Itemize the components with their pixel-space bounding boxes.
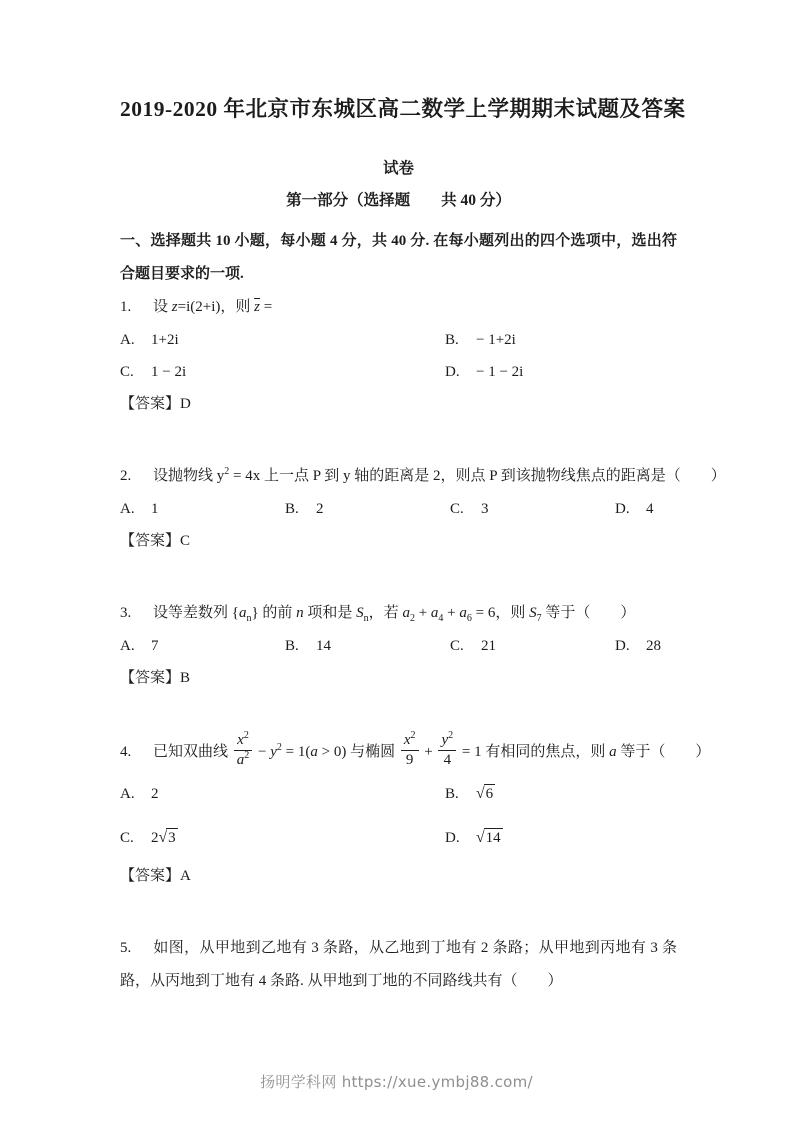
option-value: √14 (476, 830, 503, 846)
option-label: D. (445, 356, 476, 388)
answer-label: 【答案】 (120, 533, 180, 549)
option-label: A. (120, 772, 151, 816)
option-b: B.√6 (445, 772, 677, 816)
option-c: C.1 − 2i (120, 356, 445, 388)
question-4-stem: 4.已知双曲线 x2a2 − y2 = 1(a > 0) 与椭圆 x29 + y… (120, 734, 677, 772)
option-label: C. (450, 493, 481, 525)
option-b: B.2 (285, 493, 450, 525)
question-5-stem: 5.如图，从甲地到乙地有 3 条路，从乙地到丁地有 2 条路；从甲地到丙地有 3… (120, 932, 677, 998)
option-label: D. (615, 630, 646, 662)
option-label: B. (285, 630, 316, 662)
option-c: C.2√3 (120, 816, 445, 860)
option-label: A. (120, 493, 151, 525)
page-title: 2019-2020 年北京市东城区高二数学上学期期末试题及答案 (120, 92, 677, 126)
question-4: 4.已知双曲线 x2a2 − y2 = 1(a > 0) 与椭圆 x29 + y… (120, 734, 677, 892)
question-1: 1.设 z=i(2+i)，则 z = A.1+2i B.− 1+2i C.1 −… (120, 291, 677, 420)
question-2-options: A.1 B.2 C.3 D.4 (120, 493, 677, 525)
question-1-stem: 1.设 z=i(2+i)，则 z = (120, 291, 677, 324)
option-value: − 1+2i (476, 332, 516, 348)
option-label: C. (120, 816, 151, 860)
option-label: D. (615, 493, 646, 525)
question-text: 设 z=i(2+i)，则 z = (153, 299, 272, 315)
question-2: 2.设抛物线 y2 = 4x 上一点 P 到 y 轴的距离是 2，则点 P 到该… (120, 460, 677, 557)
answer-value: C (180, 533, 190, 549)
question-text: 设抛物线 y2 = 4x 上一点 P 到 y 轴的距离是 2，则点 P 到该抛物… (153, 468, 726, 484)
option-value: 28 (646, 638, 661, 654)
option-value: 7 (151, 638, 159, 654)
answer-value: A (180, 868, 191, 884)
option-value: 14 (316, 638, 331, 654)
question-number: 4. (120, 736, 153, 769)
question-number: 5. (120, 932, 153, 965)
question-5: 5.如图，从甲地到乙地有 3 条路，从乙地到丁地有 2 条路；从甲地到丙地有 3… (120, 932, 677, 998)
section-instructions: 一、选择题共 10 小题，每小题 4 分，共 40 分. 在每小题列出的四个选项… (120, 225, 677, 291)
paper-label: 试卷 (120, 158, 677, 180)
option-value: − 1 − 2i (476, 364, 523, 380)
option-value: 2√3 (151, 830, 178, 846)
option-label: B. (445, 324, 476, 356)
question-number: 2. (120, 460, 153, 493)
option-value: 1 − 2i (151, 364, 186, 380)
option-c: C.3 (450, 493, 615, 525)
question-text: 设等差数列 {an} 的前 n 项和是 Sn，若 a2 + a4 + a6 = … (153, 605, 635, 621)
option-value: 2 (316, 501, 324, 517)
footer-watermark: 扬明学科网 https://xue.ymbj88.com/ (0, 1071, 793, 1092)
option-b: B.14 (285, 630, 450, 662)
option-value: 1+2i (151, 332, 179, 348)
option-label: C. (450, 630, 481, 662)
option-label: B. (445, 772, 476, 816)
option-d: D.√14 (445, 816, 677, 860)
option-a: A.2 (120, 772, 445, 816)
answer-label: 【答案】 (120, 868, 180, 884)
option-a: A.1 (120, 493, 285, 525)
question-number: 1. (120, 291, 153, 324)
question-text: 如图，从甲地到乙地有 3 条路，从乙地到丁地有 2 条路；从甲地到丙地有 3 条… (120, 940, 677, 989)
question-3-stem: 3.设等差数列 {an} 的前 n 项和是 Sn，若 a2 + a4 + a6 … (120, 597, 677, 630)
option-value: 1 (151, 501, 159, 517)
option-value: 2 (151, 786, 159, 802)
question-4-options: A.2 B.√6 C.2√3 D.√14 (120, 772, 677, 860)
answer-label: 【答案】 (120, 670, 180, 686)
answer-label: 【答案】 (120, 396, 180, 412)
question-3-options: A.7 B.14 C.21 D.28 (120, 630, 677, 662)
question-1-answer: 【答案】D (120, 388, 677, 420)
exam-document: 2019-2020 年北京市东城区高二数学上学期期末试题及答案 试卷 第一部分（… (0, 0, 793, 1122)
question-2-stem: 2.设抛物线 y2 = 4x 上一点 P 到 y 轴的距离是 2，则点 P 到该… (120, 460, 677, 493)
option-label: A. (120, 324, 151, 356)
question-1-options: A.1+2i B.− 1+2i C.1 − 2i D.− 1 − 2i (120, 324, 677, 388)
option-value: √6 (476, 786, 495, 802)
question-number: 3. (120, 597, 153, 630)
section-heading: 第一部分（选择题 共 40 分） (120, 189, 677, 213)
option-a: A.7 (120, 630, 285, 662)
option-label: D. (445, 816, 476, 860)
option-value: 21 (481, 638, 496, 654)
option-label: A. (120, 630, 151, 662)
option-value: 3 (481, 501, 489, 517)
answer-value: B (180, 670, 190, 686)
question-text: 已知双曲线 x2a2 − y2 = 1(a > 0) 与椭圆 x29 + y24… (153, 744, 710, 760)
option-d: D.− 1 − 2i (445, 356, 677, 388)
option-c: C.21 (450, 630, 615, 662)
option-label: C. (120, 356, 151, 388)
answer-value: D (180, 396, 191, 412)
option-label: B. (285, 493, 316, 525)
option-d: D.28 (615, 630, 677, 662)
option-d: D.4 (615, 493, 677, 525)
question-4-answer: 【答案】A (120, 860, 677, 892)
question-2-answer: 【答案】C (120, 525, 677, 557)
question-3-answer: 【答案】B (120, 662, 677, 694)
option-b: B.− 1+2i (445, 324, 677, 356)
question-3: 3.设等差数列 {an} 的前 n 项和是 Sn，若 a2 + a4 + a6 … (120, 597, 677, 694)
option-value: 4 (646, 501, 654, 517)
option-a: A.1+2i (120, 324, 445, 356)
